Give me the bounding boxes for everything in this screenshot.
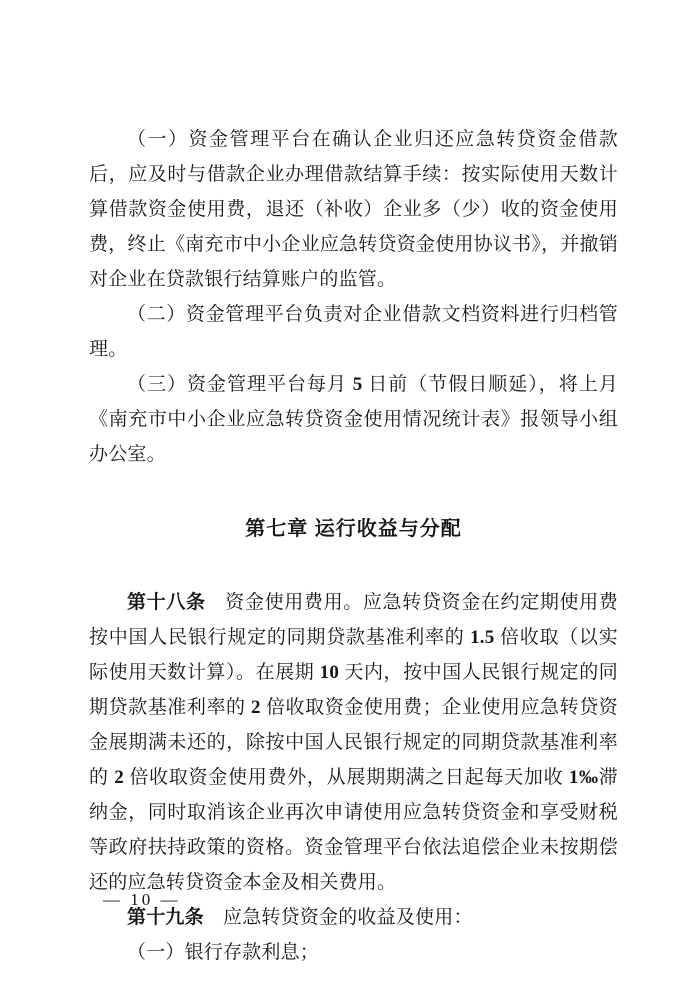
clause-item-1: （一）资金管理平台在确认企业归还应急转贷资金借款后，应及时与借款企业办理借款结算… (89, 122, 618, 297)
document-page: （一）资金管理平台在确认企业归还应急转贷资金借款后，应及时与借款企业办理借款结算… (0, 0, 700, 990)
article-18-paragraph: 第十八条 资金使用费用。应急转贷资金在约定期使用费按中国人民银行规定的同期贷款基… (89, 585, 618, 900)
article-18-text: 资金使用费用。应急转贷资金在约定期使用费按中国人民银行规定的同期贷款基准利率的 … (89, 592, 618, 893)
clause-item-19-1: （一）银行存款利息； (89, 935, 618, 970)
article-19-number: 第十九条 (127, 907, 204, 928)
clause-item-2: （二）资金管理平台负责对企业借款文档资料进行归档管理。 (89, 297, 618, 367)
page-number: — 10 — (103, 890, 181, 910)
page-content: （一）资金管理平台在确认企业归还应急转贷资金借款后，应及时与借款企业办理借款结算… (89, 122, 618, 970)
article-19-text: 应急转贷资金的收益及使用： (204, 907, 473, 928)
article-18-number: 第十八条 (127, 592, 206, 613)
chapter-heading: 第七章 运行收益与分配 (89, 512, 618, 547)
clause-item-3: （三）资金管理平台每月 5 日前（节假日顺延），将上月《南充市中小企业应急转贷资… (89, 367, 618, 472)
